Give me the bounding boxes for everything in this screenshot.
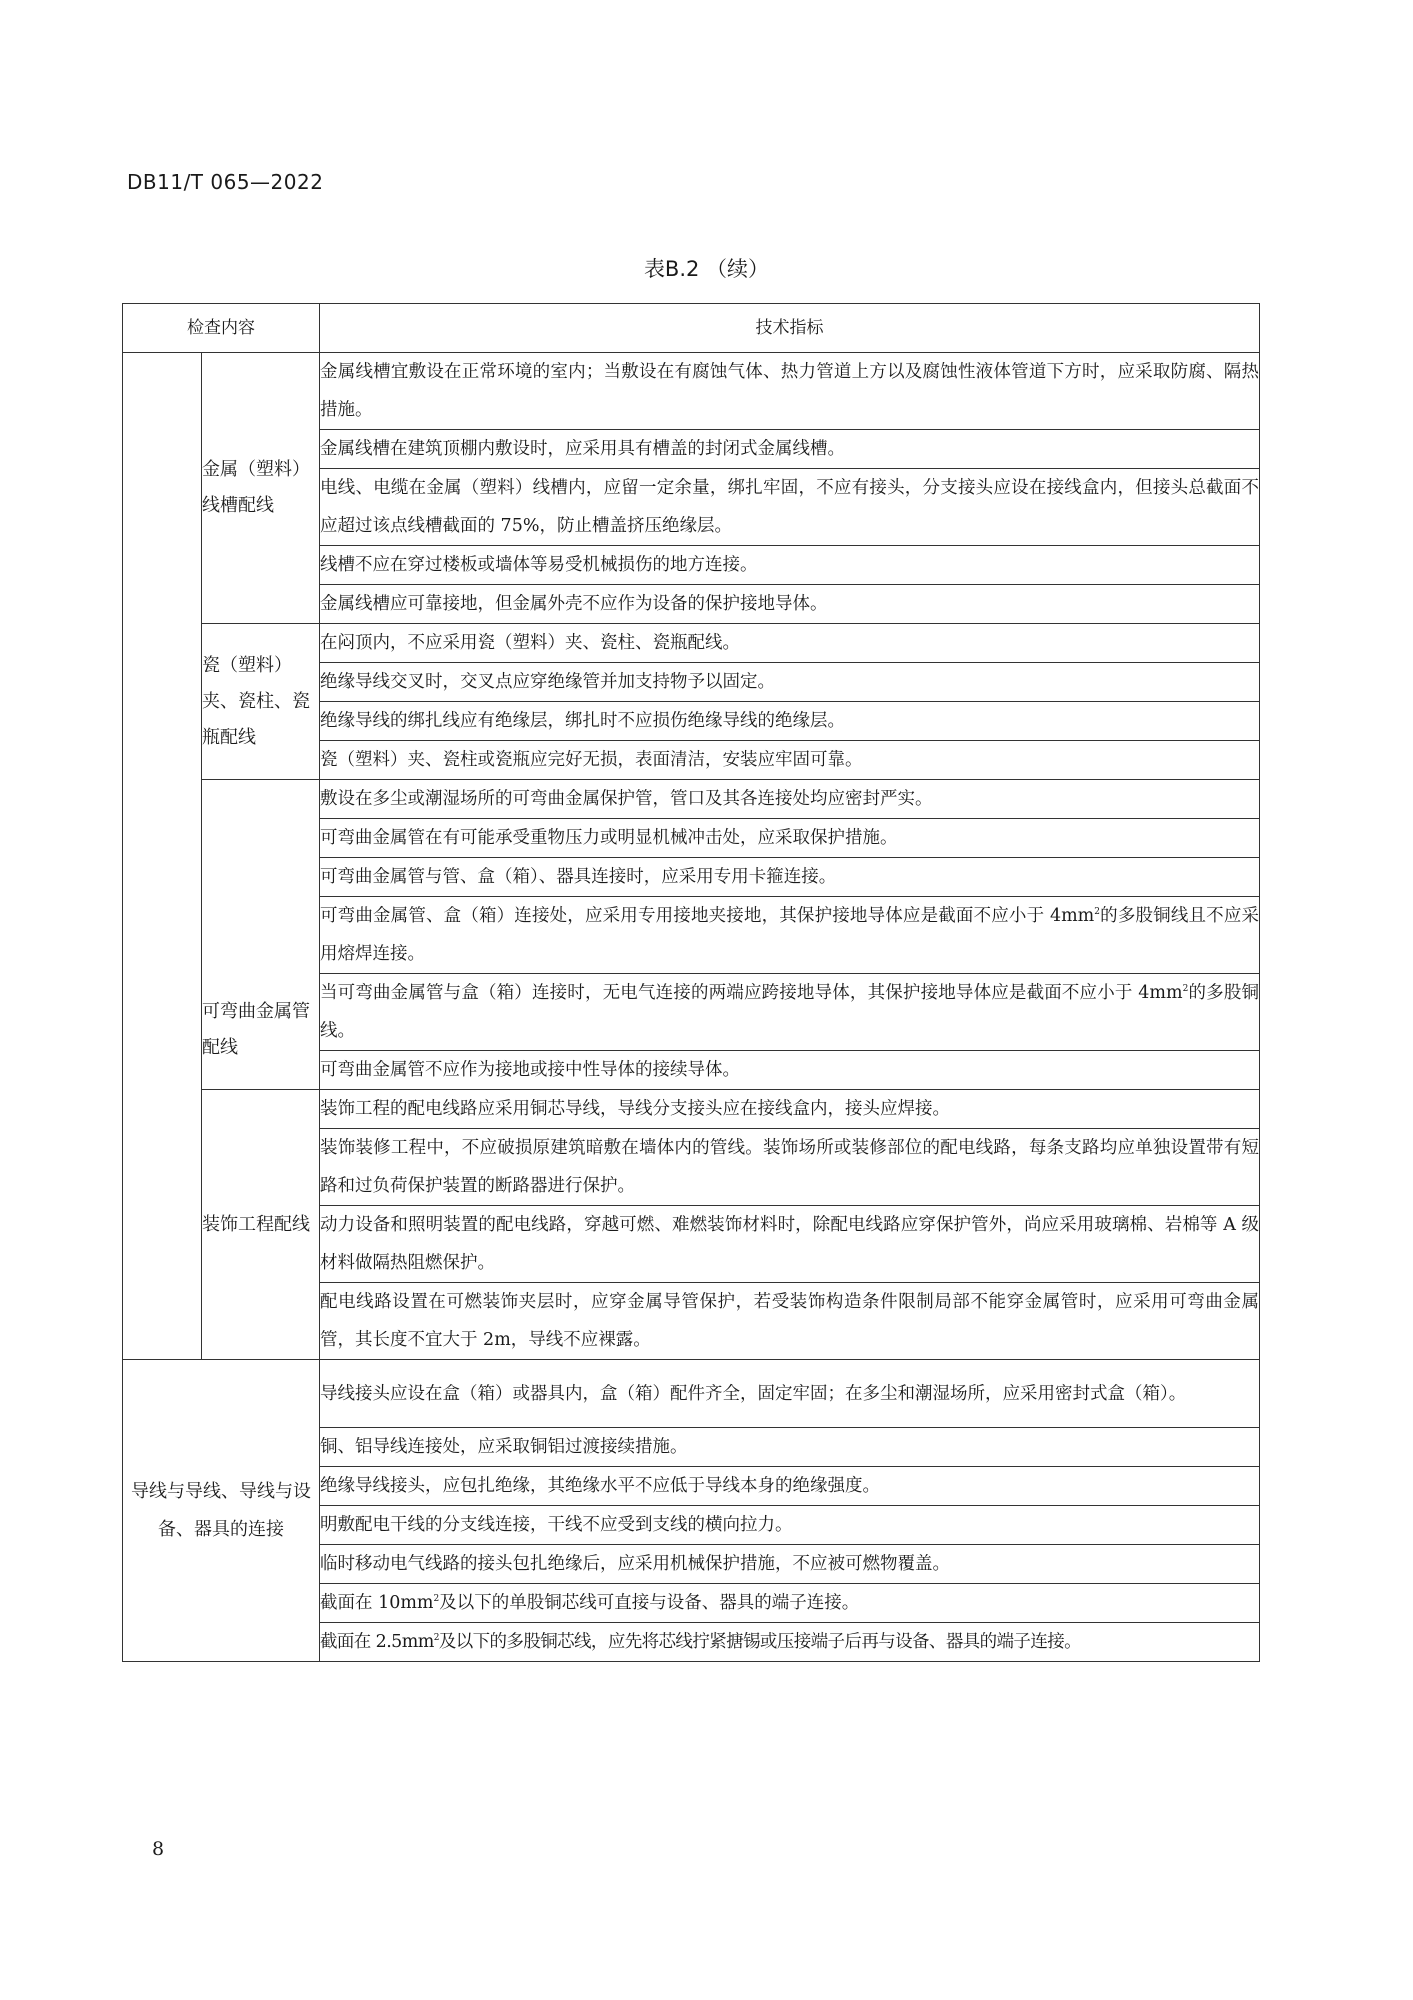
indicator-text: 截面在 2.5mm: [320, 1632, 434, 1652]
indicator-text: 当可弯曲金属管与盒（箱）连接时，无电气连接的两端应跨接地导体，其保护接地导体应是…: [320, 983, 1183, 1003]
outer-category-cell: [123, 353, 202, 1360]
subcategory-label: 装饰工程配线: [202, 1090, 320, 1360]
indicator-cell: 金属线槽应可靠接地，但金属外壳不应作为设备的保护接地导体。: [320, 585, 1260, 624]
indicator-cell: 可弯曲金属管与管、盒（箱）、器具连接时，应采用专用卡箍连接。: [320, 858, 1260, 897]
table-row: 金属（塑料）线槽配线 金属线槽宜敷设在正常环境的室内；当敷设在有腐蚀气体、热力管…: [123, 353, 1260, 430]
indicator-cell: 铜、铝导线连接处，应采取铜铝过渡接续措施。: [320, 1428, 1260, 1467]
indicator-text: 及以下的单股铜芯线可直接与设备、器具的端子连接。: [439, 1593, 859, 1613]
indicator-cell: 导线接头应设在盒（箱）或器具内，盒（箱）配件齐全，固定牢固；在多尘和潮湿场所，应…: [320, 1360, 1260, 1428]
table-row: 导线与导线、导线与设备、器具的连接 导线接头应设在盒（箱）或器具内，盒（箱）配件…: [123, 1360, 1260, 1428]
table-header-row: 检查内容 技术指标: [123, 304, 1260, 353]
indicator-cell: 装饰工程的配电线路应采用铜芯导线，导线分支接头应在接线盒内，接头应焊接。: [320, 1090, 1260, 1129]
document-id: DB11/T 065—2022: [127, 170, 323, 194]
indicator-cell: 敷设在多尘或潮湿场所的可弯曲金属保护管，管口及其各连接处均应密封严实。: [320, 780, 1260, 819]
indicator-cell: 绝缘导线的绑扎线应有绝缘层，绑扎时不应损伤绝缘导线的绝缘层。: [320, 702, 1260, 741]
indicator-cell: 可弯曲金属管在有可能承受重物压力或明显机械冲击处，应采取保护措施。: [320, 819, 1260, 858]
table-title: 表B.2 （续）: [0, 253, 1413, 283]
subcategory-label: 可弯曲金属管配线: [202, 780, 320, 1090]
indicator-cell: 临时移动电气线路的接头包扎绝缘后，应采用机械保护措施，不应被可燃物覆盖。: [320, 1545, 1260, 1584]
subcategory-label: 瓷（塑料）夹、瓷柱、瓷瓶配线: [202, 624, 320, 780]
subcategory-label: 金属（塑料）线槽配线: [202, 353, 320, 624]
indicator-cell: 可弯曲金属管、盒（箱）连接处，应采用专用接地夹接地，其保护接地导体应是截面不应小…: [320, 897, 1260, 974]
table-row: 可弯曲金属管配线 敷设在多尘或潮湿场所的可弯曲金属保护管，管口及其各连接处均应密…: [123, 780, 1260, 819]
indicator-text: 截面在 10mm: [320, 1593, 434, 1613]
indicator-cell: 金属线槽宜敷设在正常环境的室内；当敷设在有腐蚀气体、热力管道上方以及腐蚀性液体管…: [320, 353, 1260, 430]
column-header-technical-indicators: 技术指标: [320, 304, 1260, 353]
table-row: 装饰工程配线 装饰工程的配电线路应采用铜芯导线，导线分支接头应在接线盒内，接头应…: [123, 1090, 1260, 1129]
indicator-text: 可弯曲金属管、盒（箱）连接处，应采用专用接地夹接地，其保护接地导体应是截面不应小…: [320, 906, 1094, 926]
indicator-cell: 金属线槽在建筑顶棚内敷设时，应采用具有槽盖的封闭式金属线槽。: [320, 430, 1260, 469]
indicator-cell: 当可弯曲金属管与盒（箱）连接时，无电气连接的两端应跨接地导体，其保护接地导体应是…: [320, 974, 1260, 1051]
indicator-text: 及以下的多股铜芯线，应先将芯线拧紧搪锡或压接端子后再与设备、器具的端子连接。: [439, 1632, 1081, 1652]
indicator-cell: 绝缘导线交叉时，交叉点应穿绝缘管并加支持物予以固定。: [320, 663, 1260, 702]
indicator-cell: 在闷顶内，不应采用瓷（塑料）夹、瓷柱、瓷瓶配线。: [320, 624, 1260, 663]
indicator-cell: 截面在 2.5mm2及以下的多股铜芯线，应先将芯线拧紧搪锡或压接端子后再与设备、…: [320, 1623, 1260, 1662]
indicator-cell: 动力设备和照明装置的配电线路，穿越可燃、难燃装饰材料时，除配电线路应穿保护管外，…: [320, 1206, 1260, 1283]
page-number: 8: [152, 1838, 164, 1860]
indicator-cell: 瓷（塑料）夹、瓷柱或瓷瓶应完好无损，表面清洁，安装应牢固可靠。: [320, 741, 1260, 780]
indicator-cell: 电线、电缆在金属（塑料）线槽内，应留一定余量，绑扎牢固，不应有接头，分支接头应设…: [320, 469, 1260, 546]
indicator-cell: 绝缘导线接头，应包扎绝缘，其绝缘水平不应低于导线本身的绝缘强度。: [320, 1467, 1260, 1506]
indicator-cell: 明敷配电干线的分支线连接，干线不应受到支线的横向拉力。: [320, 1506, 1260, 1545]
category-label: 导线与导线、导线与设备、器具的连接: [123, 1360, 320, 1662]
indicator-cell: 配电线路设置在可燃装饰夹层时，应穿金属导管保护，若受装饰构造条件限制局部不能穿金…: [320, 1283, 1260, 1360]
table-row: 瓷（塑料）夹、瓷柱、瓷瓶配线 在闷顶内，不应采用瓷（塑料）夹、瓷柱、瓷瓶配线。: [123, 624, 1260, 663]
indicator-cell: 截面在 10mm2及以下的单股铜芯线可直接与设备、器具的端子连接。: [320, 1584, 1260, 1623]
indicator-cell: 装饰装修工程中，不应破损原建筑暗敷在墙体内的管线。装饰场所或装修部位的配电线路，…: [320, 1129, 1260, 1206]
indicator-cell: 线槽不应在穿过楼板或墙体等易受机械损伤的地方连接。: [320, 546, 1260, 585]
indicator-cell: 可弯曲金属管不应作为接地或接中性导体的接续导体。: [320, 1051, 1260, 1090]
inspection-table: 检查内容 技术指标 金属（塑料）线槽配线 金属线槽宜敷设在正常环境的室内；当敷设…: [122, 303, 1260, 1662]
column-header-inspection-content: 检查内容: [123, 304, 320, 353]
